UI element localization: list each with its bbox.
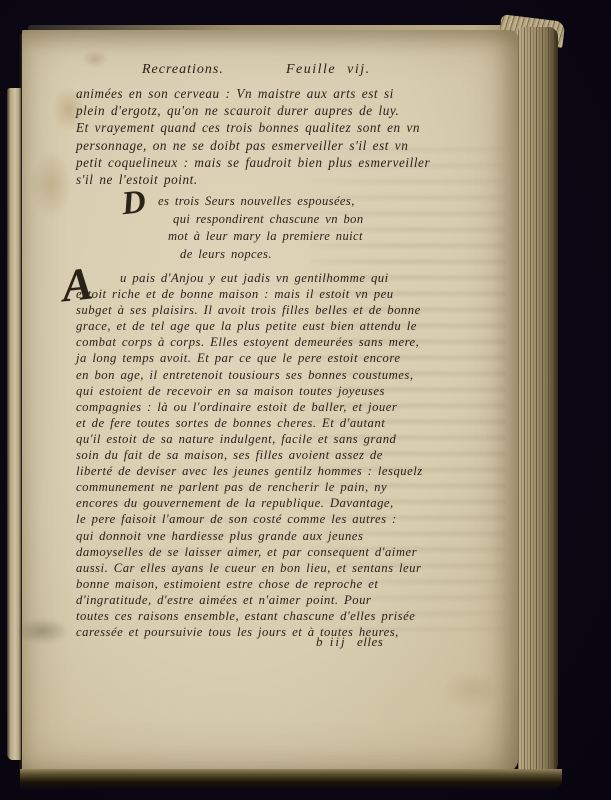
text-line: plein d'ergotz, qu'on ne scauroit durer … (76, 102, 480, 119)
text-line: petit coquelineux : mais se faudroit bie… (76, 154, 480, 171)
text-line: en bon age, il entretenoit tousiours ses… (76, 367, 480, 383)
paragraph-previous-tale-end: animées en son cerveau : Vn maistre aux … (76, 85, 480, 188)
text-line: qu'il estoit de sa nature indulgent, fac… (76, 431, 480, 447)
text-line: le pere faisoit l'amour de son costé com… (76, 511, 480, 527)
foxing-stain (442, 670, 502, 710)
text-line: es trois Seurs nouvelles espousées, (158, 193, 416, 211)
text-line: combat corps à corps. Elles estoyent dem… (76, 334, 480, 350)
signature-mark: b iij (316, 634, 347, 650)
photo-backdrop: Recreations. Feuille vij. animées en son… (0, 0, 611, 800)
signature-line: b iij elles (76, 634, 480, 652)
text-line: ja long temps avoit. Et par ce que le pe… (76, 350, 480, 366)
book-page: Recreations. Feuille vij. animées en son… (22, 30, 518, 772)
text-line: qui donnoit vne hardiesse plus grande au… (76, 528, 480, 544)
text-line: qui respondirent chascune vn bon (173, 211, 416, 229)
text-line: qui estoient de recevoir en sa maison to… (76, 383, 480, 399)
text-line: soin du fait de sa maison, ses filles av… (76, 447, 480, 463)
foxing-stain (30, 150, 72, 220)
text-line: Et vrayement quand ces trois bonnes qual… (76, 119, 480, 136)
margin-smudge (16, 618, 68, 644)
text-line: grace, et de tel age que la plus petite … (76, 318, 480, 334)
page-header: Recreations. Feuille vij. (22, 62, 518, 82)
text-line: subget à ses plaisirs. Il avoit trois fi… (76, 302, 480, 318)
running-title: Recreations. (142, 62, 224, 78)
text-line: compagnies : là ou l'ordinaire estoit de… (76, 399, 480, 415)
text-line: liberté de deviser avec les jeunes genti… (76, 463, 480, 479)
fore-edge-pages (518, 27, 558, 777)
text-line: mot à leur mary la premiere nuict (168, 228, 416, 246)
tale-heading: es trois Seurs nouvelles espousées,qui r… (76, 193, 416, 263)
text-line: de leurs nopces. (180, 246, 416, 264)
text-line: bonne maison, estimoient estre chose de … (76, 576, 480, 592)
text-line: u pais d'Anjou y eut jadis vn gentilhomm… (120, 270, 480, 286)
folio-number: Feuille vij. (286, 62, 371, 78)
text-line: aussi. Car elles ayans le cueur en bon l… (76, 560, 480, 576)
text-line: encores du gouvernement de la republique… (76, 495, 480, 511)
story-text: u pais d'Anjou y eut jadis vn gentilhomm… (76, 270, 480, 640)
text-line: d'ingratitude, d'estre aimées et n'aimer… (76, 592, 480, 608)
book-bottom-edge (20, 769, 562, 790)
text-line: et de fere toutes sortes de bonnes chere… (76, 415, 480, 431)
text-line: communement ne parlent pas de rencherir … (76, 479, 480, 495)
text-line: estoit riche et de bonne maison : mais i… (76, 286, 480, 302)
text-line: toutes ces raisons ensemble, estant chas… (76, 608, 480, 624)
text-line: personnage, on ne se doibt pas esmerveil… (76, 137, 480, 154)
text-line: animées en son cerveau : Vn maistre aux … (76, 85, 480, 102)
catchword: elles (357, 634, 383, 650)
text-line: damoyselles de se laisser aimer, et par … (76, 544, 480, 560)
